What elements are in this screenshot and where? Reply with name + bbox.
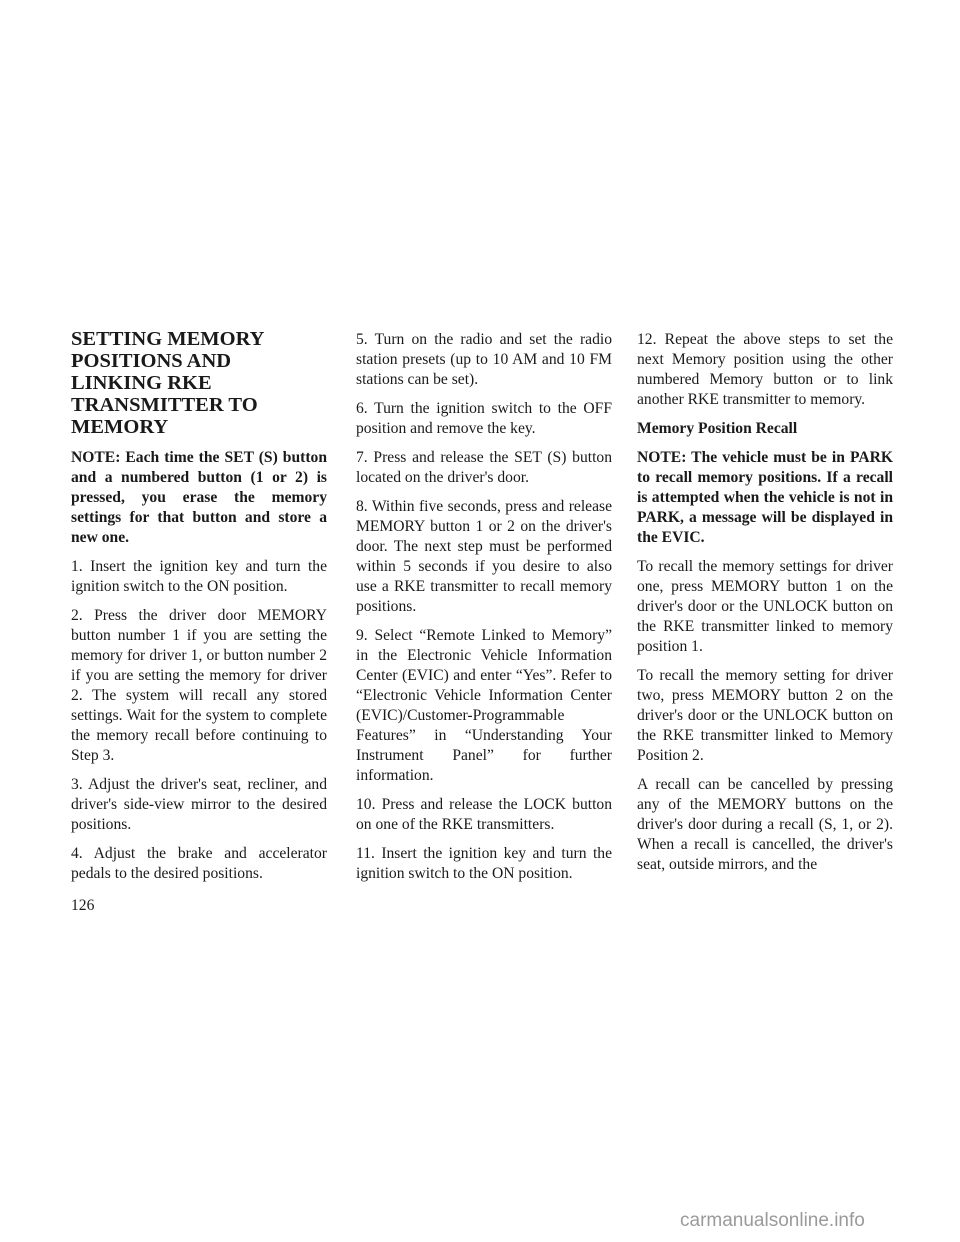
section-heading: SETTING MEMORY POSITIONS AND LINKING RKE… — [71, 328, 327, 438]
step-4: 4. Adjust the brake and accelerator peda… — [71, 844, 327, 884]
step-10: 10. Press and release the LOCK button on… — [356, 795, 612, 835]
note-park: NOTE: The vehicle must be in PARK to rec… — [637, 448, 893, 548]
left-column: SETTING MEMORY POSITIONS AND LINKING RKE… — [71, 328, 327, 893]
step-6: 6. Turn the ignition switch to the OFF p… — [356, 399, 612, 439]
watermark: carmanualsonline.info — [680, 1210, 865, 1232]
recall-driver-two: To recall the memory setting for driver … — [637, 666, 893, 766]
page-number: 126 — [71, 897, 94, 915]
subheading-memory-recall: Memory Position Recall — [637, 419, 893, 439]
step-9: 9. Select “Remote Linked to Memory” in t… — [356, 626, 612, 786]
recall-driver-one: To recall the memory settings for driver… — [637, 557, 893, 657]
recall-cancel: A recall can be cancelled by pressing an… — [637, 775, 893, 875]
step-3: 3. Adjust the driver's seat, recliner, a… — [71, 775, 327, 835]
step-12: 12. Repeat the above steps to set the ne… — [637, 330, 893, 410]
right-column: 12. Repeat the above steps to set the ne… — [637, 330, 893, 884]
step-8: 8. Within five seconds, press and releas… — [356, 497, 612, 617]
middle-column: 5. Turn on the radio and set the radio s… — [356, 330, 612, 893]
step-11: 11. Insert the ignition key and turn the… — [356, 844, 612, 884]
note-erase-memory: NOTE: Each time the SET (S) button and a… — [71, 448, 327, 548]
step-5: 5. Turn on the radio and set the radio s… — [356, 330, 612, 390]
step-1: 1. Insert the ignition key and turn the … — [71, 557, 327, 597]
step-2: 2. Press the driver door MEMORY button n… — [71, 606, 327, 766]
step-7: 7. Press and release the SET (S) button … — [356, 448, 612, 488]
